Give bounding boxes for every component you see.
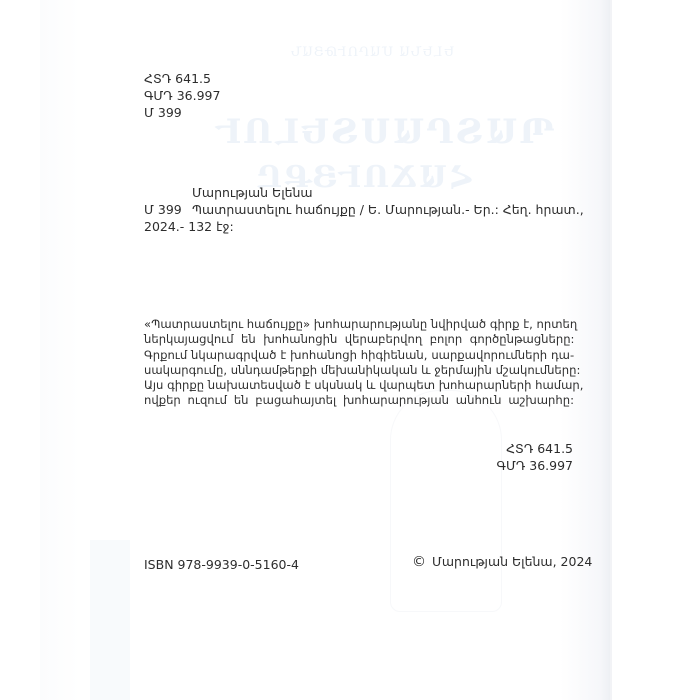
copyright-text: Մարության Ելենա, 2024	[432, 554, 592, 569]
bbk-code-bottom: ԳՄԴ 36.997	[497, 457, 573, 474]
bbk-code: ԳՄԴ 36.997	[144, 87, 220, 104]
catalog-code: Մ 399	[144, 202, 182, 217]
catalog-title-line: Պատրաստելու հաճույքը / Ե. Մարության.- Եր…	[192, 202, 584, 217]
annotation-line: «Պատրաստելու հաճույքը» խոհարարությանը նվ…	[144, 317, 574, 332]
copyright-notice: © Մարության Ելենա, 2024	[412, 554, 592, 570]
annotation-paragraph: «Պատրաստելու հաճույքը» խոհարարությանը նվ…	[144, 317, 574, 409]
classification-codes-bottom: ՀՏԴ 641.5 ԳՄԴ 36.997	[497, 440, 573, 474]
isbn: ISBN 978-9939-0-5160-4	[144, 557, 299, 572]
annotation-line: ովքեր ուզում են բացահայտել խոհարարության…	[144, 393, 574, 408]
udc-code: ՀՏԴ 641.5	[144, 70, 220, 87]
annotation-line: Այս գիրքը նախատեսված է սկսնակ և վարպետ խ…	[144, 378, 574, 393]
classification-codes-top: ՀՏԴ 641.5 ԳՄԴ 36.997 Մ 399	[144, 70, 220, 121]
annotation-line: Գրքում նկարագրված է խոհանոցի հիգիենան, ս…	[144, 348, 574, 363]
annotation-line: ներկայացվում են խոհանոցին վերաբերվող բոլ…	[144, 332, 574, 347]
annotation-line: սակարգումը, սննդամթերքի մեխանիկական և ջե…	[144, 363, 574, 378]
catalog-pages-line: 2024.- 132 էջ:	[144, 219, 234, 234]
udc-code-bottom: ՀՏԴ 641.5	[497, 440, 573, 457]
copyright-icon: ©	[412, 554, 426, 570]
scanned-page: ԵԼԵՆԱ ՄԱՐՈՒԹՅԱՆ ՊԱՏՐԱՍՏԵԼՈՒ ՀԱՃՈՒՅՔԸ ՀՏԴ…	[0, 0, 700, 700]
author-mark: Մ 399	[144, 104, 220, 121]
page-edge	[610, 0, 612, 700]
catalog-author: Մարության Ելենա	[192, 185, 313, 200]
